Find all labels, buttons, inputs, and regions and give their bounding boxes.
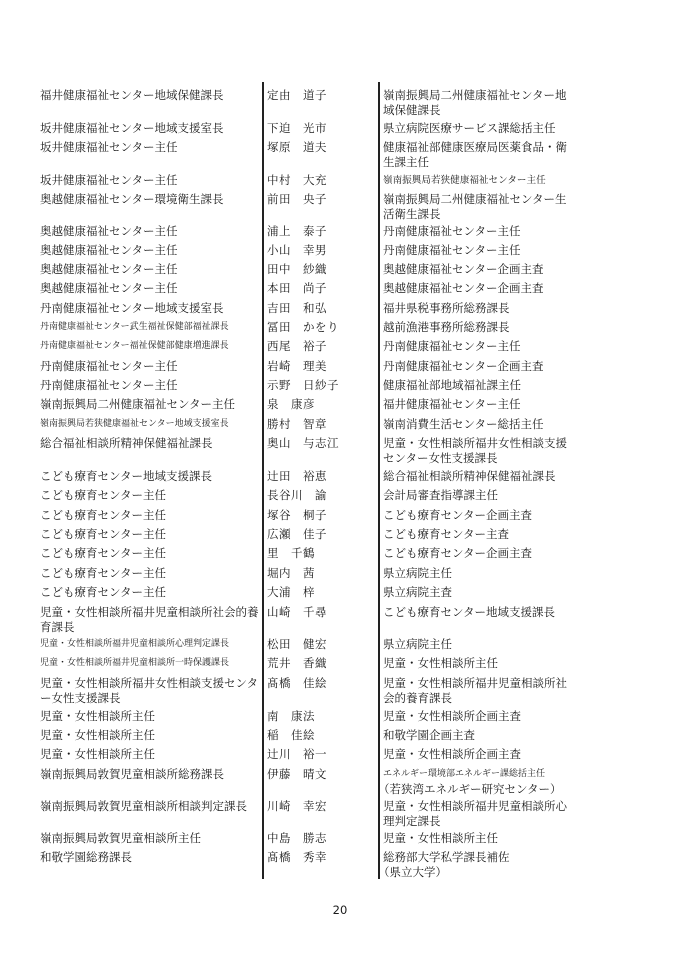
new-position: エネルギー環境部エネルギー課総括主任 xyxy=(383,767,573,782)
new-position: 総務部大学私学課長補佐 xyxy=(383,850,573,865)
new-position: 児童・女性相談所福井児童相談所心理判定課長 xyxy=(383,799,573,829)
person-name: 前田 央子 xyxy=(267,192,375,207)
previous-position: 児童・女性相談所福井児童相談所心理判定課長 xyxy=(40,637,262,652)
person-name: 冨田 かをり xyxy=(267,320,375,335)
person-name: 示野 日紗子 xyxy=(267,378,375,393)
new-position-note: （県立大学） xyxy=(378,865,568,880)
new-position: 県立病院主任 xyxy=(383,566,573,581)
person-name: 塚谷 桐子 xyxy=(267,508,375,523)
person-name: 岩崎 理美 xyxy=(267,359,375,374)
previous-position: 丹南健康福祉センター地域支援室長 xyxy=(40,301,262,316)
new-position: 嶺南振興局二州健康福祉センター地域保健課長 xyxy=(383,88,573,118)
new-position: 県立病院主査 xyxy=(383,585,573,600)
previous-position: こども療育センター主任 xyxy=(40,585,262,600)
person-name: 定由 道子 xyxy=(267,88,375,103)
previous-position: こども療育センター主任 xyxy=(40,546,262,561)
new-position: 丹南健康福祉センター主任 xyxy=(383,339,573,354)
new-position: 総合福祉相談所精神保健福祉課長 xyxy=(383,469,573,484)
previous-position: 児童・女性相談所主任 xyxy=(40,747,262,762)
person-name: 伊藤 晴文 xyxy=(267,767,375,782)
previous-position: 坂井健康福祉センター主任 xyxy=(40,140,262,155)
document-page: 福井健康福祉センター地域保健課長 定由 道子 嶺南振興局二州健康福祉センター地域… xyxy=(0,0,680,961)
previous-position: 児童・女性相談所主任 xyxy=(40,728,262,743)
previous-position: 福井健康福祉センター地域保健課長 xyxy=(40,88,262,103)
person-name: 浦上 泰子 xyxy=(267,224,375,239)
person-name: 下迫 光市 xyxy=(267,121,375,136)
person-name: 南 康法 xyxy=(267,709,375,724)
previous-position: 坂井健康福祉センター地域支援室長 xyxy=(40,121,262,136)
previous-position: 坂井健康福祉センター主任 xyxy=(40,173,262,188)
previous-position: こども療育センター地域支援課長 xyxy=(40,469,262,484)
person-name: 荒井 香織 xyxy=(267,656,375,671)
new-position: 会計局審査指導課主任 xyxy=(383,488,573,503)
person-name: 長谷川 諭 xyxy=(267,488,375,503)
previous-position: 児童・女性相談所主任 xyxy=(40,709,262,724)
person-name: 奥山 与志江 xyxy=(267,436,375,451)
new-position: 児童・女性相談所福井児童相談所社会的養育課長 xyxy=(383,676,573,706)
person-name: 田中 紗織 xyxy=(267,262,375,277)
person-name: 大浦 梓 xyxy=(267,585,375,600)
previous-position: 奥越健康福祉センター主任 xyxy=(40,224,262,239)
new-position: こども療育センター企画主査 xyxy=(383,546,573,561)
new-position: 福井健康福祉センター主任 xyxy=(383,397,573,412)
previous-position: 総合福祉相談所精神保健福祉課長 xyxy=(40,436,262,451)
person-name: 堀内 茜 xyxy=(267,566,375,581)
previous-position: 嶺南振興局敦賀児童相談所相談判定課長 xyxy=(40,799,262,814)
person-name: 辻田 裕恵 xyxy=(267,469,375,484)
person-name: 中村 大充 xyxy=(267,173,375,188)
column-divider-right xyxy=(378,82,380,879)
person-name: 山崎 千尋 xyxy=(267,605,375,620)
new-position: 嶺南消費生活センター総括主任 xyxy=(383,417,573,432)
new-position: 児童・女性相談所主任 xyxy=(383,656,573,671)
new-position: 丹南健康福祉センター主任 xyxy=(383,243,573,258)
new-position: 児童・女性相談所福井女性相談支援センター女性支援課長 xyxy=(383,436,573,466)
previous-position: 丹南健康福祉センター福祉保健部健康増進課長 xyxy=(40,339,262,354)
previous-position: 奥越健康福祉センター主任 xyxy=(40,243,262,258)
person-name: 小山 幸男 xyxy=(267,243,375,258)
person-name: 松田 健宏 xyxy=(267,637,375,652)
previous-position: 児童・女性相談所福井児童相談所一時保護課長 xyxy=(40,656,262,671)
new-position: 嶺南振興局二州健康福祉センター生活衛生課長 xyxy=(383,192,573,222)
person-name: 広瀬 佳子 xyxy=(267,527,375,542)
new-position: 県立病院主任 xyxy=(383,637,573,652)
new-position: 奥越健康福祉センター企画主査 xyxy=(383,281,573,296)
previous-position: 嶺南振興局若狭健康福祉センター地域支援室長 xyxy=(40,417,262,432)
new-position: こども療育センター主査 xyxy=(383,527,573,542)
new-position: 奥越健康福祉センター企画主査 xyxy=(383,262,573,277)
previous-position: 和敬学園総務課長 xyxy=(40,850,262,865)
person-name: 川崎 幸宏 xyxy=(267,799,375,814)
new-position: 丹南健康福祉センター主任 xyxy=(383,224,573,239)
new-position: こども療育センター地域支援課長 xyxy=(383,605,573,620)
new-position-note: （若狭湾エネルギー研究センター） xyxy=(378,782,568,797)
new-position: 和敬学園企画主査 xyxy=(383,728,573,743)
previous-position: 嶺南振興局敦賀児童相談所主任 xyxy=(40,831,262,846)
previous-position: こども療育センター主任 xyxy=(40,508,262,523)
new-position: 児童・女性相談所主任 xyxy=(383,831,573,846)
previous-position: 丹南健康福祉センター主任 xyxy=(40,378,262,393)
person-name: 辻川 裕一 xyxy=(267,747,375,762)
previous-position: 奥越健康福祉センター環境衛生課長 xyxy=(40,192,262,207)
previous-position: 丹南健康福祉センター武生福祉保健部福祉課長 xyxy=(40,320,262,335)
previous-position: 奥越健康福祉センター主任 xyxy=(40,281,262,296)
person-name: 稲 佳絵 xyxy=(267,728,375,743)
person-name: 中島 勝志 xyxy=(267,831,375,846)
person-name: 髙橋 佳絵 xyxy=(267,676,375,691)
person-name: 塚原 道夫 xyxy=(267,140,375,155)
person-name: 髙橋 秀幸 xyxy=(267,850,375,865)
person-name: 本田 尚子 xyxy=(267,281,375,296)
person-name: 西尾 裕子 xyxy=(267,339,375,354)
previous-position: 嶺南振興局二州健康福祉センター主任 xyxy=(40,397,262,412)
new-position: 嶺南振興局若狭健康福祉センター主任 xyxy=(383,173,573,188)
new-position: 健康福祉部地域福祉課主任 xyxy=(383,378,573,393)
previous-position: 嶺南振興局敦賀児童相談所総務課長 xyxy=(40,767,262,782)
person-name: 泉 康彦 xyxy=(267,397,375,412)
previous-position: こども療育センター主任 xyxy=(40,527,262,542)
previous-position: こども療育センター主任 xyxy=(40,488,262,503)
new-position: 越前漁港事務所総務課長 xyxy=(383,320,573,335)
previous-position: こども療育センター主任 xyxy=(40,566,262,581)
previous-position: 児童・女性相談所福井女性相談支援センター女性支援課長 xyxy=(40,676,262,706)
column-divider-left xyxy=(262,82,264,879)
previous-position: 丹南健康福祉センター主任 xyxy=(40,359,262,374)
new-position: 福井県税事務所総務課長 xyxy=(383,301,573,316)
new-position: 児童・女性相談所企画主査 xyxy=(383,709,573,724)
page-number: 20 xyxy=(0,903,680,917)
new-position: 県立病院医療サービス課総括主任 xyxy=(383,121,573,136)
new-position: 健康福祉部健康医療局医薬食品・衛生課主任 xyxy=(383,140,573,170)
person-name: 勝村 智章 xyxy=(267,417,375,432)
person-name: 里 千鶴 xyxy=(267,546,375,561)
previous-position: 児童・女性相談所福井児童相談所社会的養育課長 xyxy=(40,605,262,635)
new-position: 児童・女性相談所企画主査 xyxy=(383,747,573,762)
person-name: 吉田 和弘 xyxy=(267,301,375,316)
new-position: こども療育センター企画主査 xyxy=(383,508,573,523)
previous-position: 奥越健康福祉センター主任 xyxy=(40,262,262,277)
new-position: 丹南健康福祉センター企画主査 xyxy=(383,359,573,374)
